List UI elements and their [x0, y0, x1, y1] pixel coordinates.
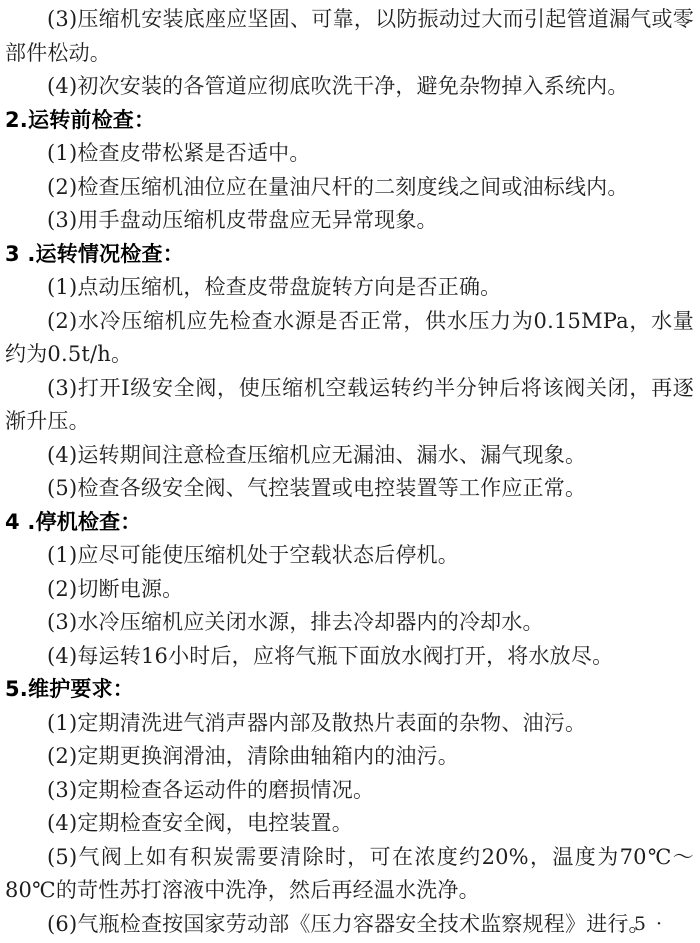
paragraph: (2)水冷压缩机应先检查水源是否正常，供水压力为0.15MPa，水量约为0.5t… — [5, 305, 694, 372]
document-body: (3)压缩机安装底座应坚固、可靠，以防振动过大而引起管道漏气或零部件松动。(4)… — [5, 3, 694, 941]
paragraph: (1)应尽可能使压缩机处于空载状态后停机。 — [5, 539, 694, 573]
page-number: · 5 · — [618, 913, 664, 935]
section-heading: 4 .停机检查： — [5, 506, 694, 540]
paragraph: (2)切断电源。 — [5, 573, 694, 607]
section-heading: 5.维护要求： — [5, 673, 694, 707]
paragraph: (3)定期检查各运动件的磨损情况。 — [5, 774, 694, 808]
paragraph: (1)定期清洗进气消声器内部及散热片表面的杂物、油污。 — [5, 707, 694, 741]
paragraph: (3)打开Ⅰ级安全阀，使压缩机空载运转约半分钟后将该阀关闭，再逐渐升压。 — [5, 372, 694, 439]
paragraph: (2)检查压缩机油位应在量油尺杆的二刻度线之间或油标线内。 — [5, 171, 694, 205]
paragraph: (4)运转期间注意检查压缩机应无漏油、漏水、漏气现象。 — [5, 439, 694, 473]
paragraph: (2)定期更换润滑油，清除曲轴箱内的油污。 — [5, 740, 694, 774]
section-heading: 3 .运转情况检查： — [5, 238, 694, 272]
section-heading: 2.运转前检查： — [5, 104, 694, 138]
document-page: (3)压缩机安装底座应坚固、可靠，以防振动过大而引起管道漏气或零部件松动。(4)… — [0, 0, 700, 943]
paragraph: (3)压缩机安装底座应坚固、可靠，以防振动过大而引起管道漏气或零部件松动。 — [5, 3, 694, 70]
paragraph: (1)点动压缩机，检查皮带盘旋转方向是否正确。 — [5, 271, 694, 305]
paragraph: (4)初次安装的各管道应彻底吹洗干净，避免杂物掉入系统内。 — [5, 70, 694, 104]
paragraph: (5)检查各级安全阀、气控装置或电控装置等工作应正常。 — [5, 472, 694, 506]
paragraph: (6)气瓶检查按国家劳动部《压力容器安全技术监察规程》进行。 — [5, 908, 694, 942]
paragraph: (3)水冷压缩机应关闭水源，排去冷却器内的冷却水。 — [5, 606, 694, 640]
paragraph: (3)用手盘动压缩机皮带盘应无异常现象。 — [5, 204, 694, 238]
paragraph: (4)定期检查安全阀，电控装置。 — [5, 807, 694, 841]
paragraph: (5)气阀上如有积炭需要清除时，可在浓度约20%，温度为70℃～80℃的苛性苏打… — [5, 841, 694, 908]
paragraph: (4)每运转16小时后，应将气瓶下面放水阀打开，将水放尽。 — [5, 640, 694, 674]
paragraph: (1)检查皮带松紧是否适中。 — [5, 137, 694, 171]
